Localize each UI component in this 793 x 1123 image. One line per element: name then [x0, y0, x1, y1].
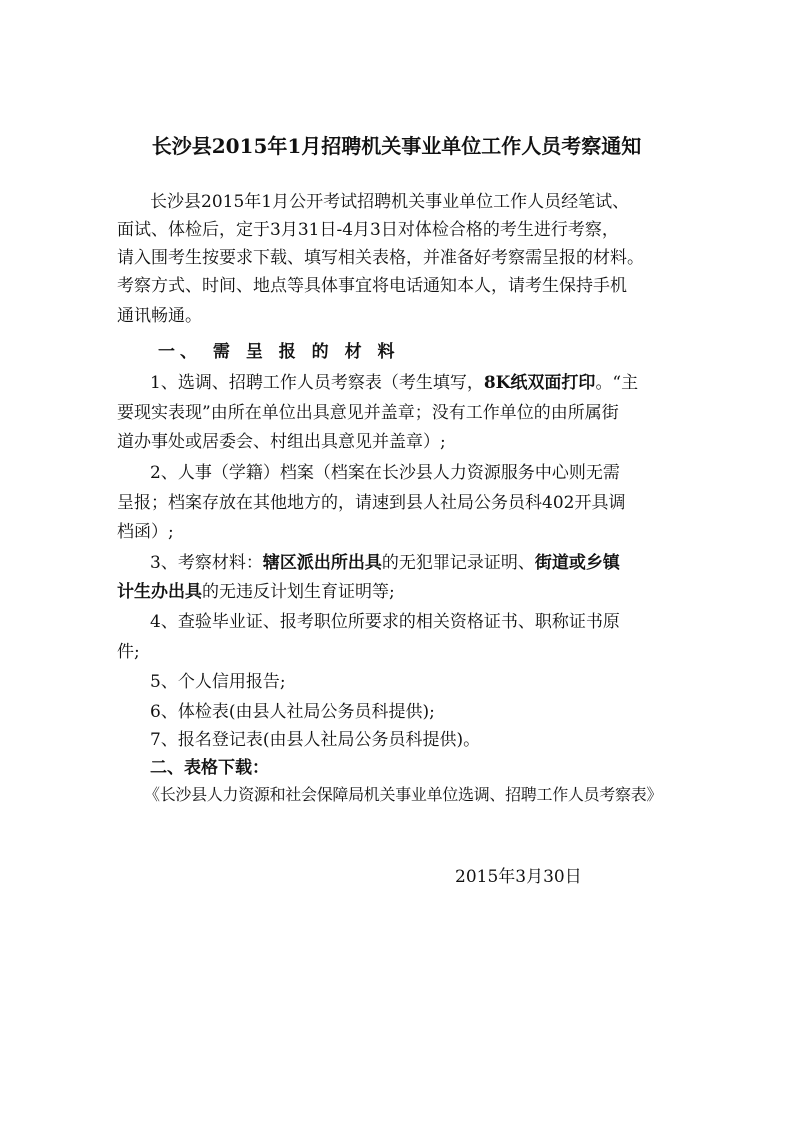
document-title: 长沙县2015年1月招聘机关事业单位工作人员考察通知 — [0, 130, 793, 159]
item1-line-1: 1、选调、招聘工作人员考察表（考生填写，8K纸双面打印。“主 — [150, 368, 710, 393]
intro-line-2: 面试、体检后，定于3月31日-4月3日对体检合格的考生进行考察， — [117, 215, 677, 240]
intro-line-4: 考察方式、时间、地点等具体事宜将电话通知本人，请考生保持手机 — [117, 271, 677, 296]
intro-line-5: 通讯畅通。 — [117, 301, 677, 326]
item6: 6、体检表(由县人社局公务员科提供); — [150, 697, 710, 722]
item3-suffix: 的无违反计划生育证明等; — [202, 582, 395, 602]
item2-line-3: 档函）; — [117, 517, 677, 542]
item1-text-bold: 8K纸双面打印 — [484, 373, 596, 393]
item2-line-2: 呈报；档案存放在其他地方的，请速到县人社局公务员科402开具调 — [117, 488, 677, 513]
document-date: 2015年3月30日 — [455, 862, 582, 887]
item3-prefix: 3、考察材料： — [150, 553, 263, 573]
item1-text-b: 。“主 — [595, 373, 638, 393]
item2-line-1: 2、人事（学籍）档案（档案在长沙县人力资源服务中心则无需 — [150, 458, 710, 483]
item3-mid: 的无犯罪记录证明、 — [382, 553, 535, 573]
document-page: 长沙县2015年1月招聘机关事业单位工作人员考察通知 长沙县2015年1月公开考… — [0, 0, 793, 1123]
item3-bold-1: 辖区派出所出具 — [263, 553, 382, 573]
item3-bold-3: 计生办出具 — [117, 582, 202, 602]
item1-line-2: 要现实表现”由所在单位出具意见并盖章；没有工作单位的由所属街 — [117, 398, 677, 423]
section2-heading: 二、表格下载： — [150, 753, 269, 778]
item4-line-1: 4、查验毕业证、报考职位所要求的相关资格证书、职称证书原 — [150, 607, 710, 632]
item3-line-1: 3、考察材料：辖区派出所出具的无犯罪记录证明、街道或乡镇 — [150, 548, 710, 573]
download-link[interactable]: 《长沙县人力资源和社会保障局机关事业单位选调、招聘工作人员考察表》 — [144, 782, 662, 805]
item1-line-3: 道办事处或居委会、村组出具意见并盖章）; — [117, 427, 677, 452]
item4-line-2: 件; — [117, 637, 677, 662]
item3-bold-2: 街道或乡镇 — [535, 553, 620, 573]
item3-line-2: 计生办出具的无违反计划生育证明等; — [117, 577, 677, 602]
intro-line-3: 请入围考生按要求下载、填写相关表格，并准备好考察需呈报的材料。 — [117, 243, 677, 268]
item7: 7、报名登记表(由县人社局公务员科提供)。 — [150, 725, 710, 750]
item1-text-a: 1、选调、招聘工作人员考察表（考生填写， — [150, 373, 484, 393]
section1-heading: 一、 需 呈 报 的 材 料 — [158, 337, 400, 362]
intro-line-1: 长沙县2015年1月公开考试招聘机关事业单位工作人员经笔试、 — [150, 187, 710, 212]
item5: 5、个人信用报告; — [150, 667, 710, 692]
